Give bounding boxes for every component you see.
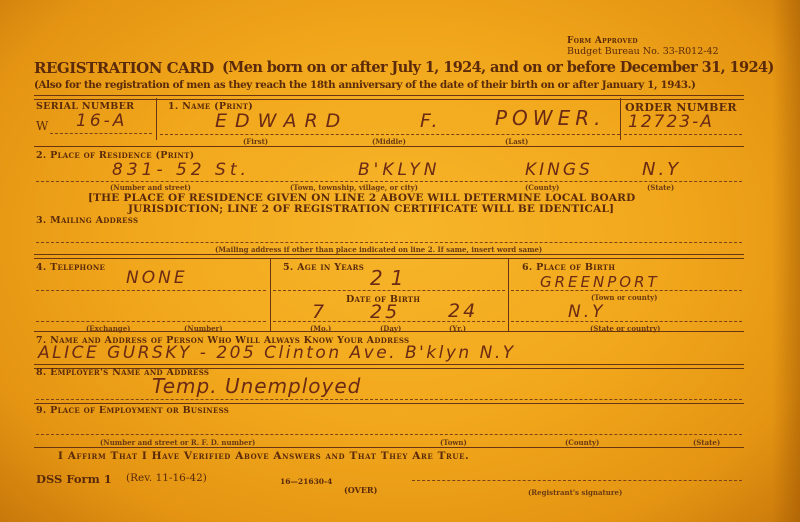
form-revision: (Rev. 11-16-42) [126, 472, 207, 484]
mailing-caption: (Mailing address if other than place ind… [215, 245, 542, 254]
row-rule [34, 254, 744, 259]
age-value[interactable]: 21 [370, 266, 411, 290]
birth-town-value[interactable]: GREENPORT [540, 273, 660, 291]
birth-month-value[interactable]: 7 [312, 301, 327, 323]
employment-county-caption: (County) [565, 438, 599, 447]
telephone-label: 4. Telephone [36, 262, 105, 273]
divider [156, 98, 157, 140]
mailing-underline [36, 242, 742, 243]
row-rule [34, 331, 744, 332]
residence-town-value[interactable]: B'KLYN [358, 160, 440, 180]
residence-underline [36, 181, 742, 182]
birth-town-underline [511, 290, 742, 291]
jurisdiction-notice-line2: JURISDICTION; LINE 2 OF REGISTRATION CER… [128, 203, 614, 215]
place-of-employment-label: 9. Place of Employment or Business [36, 405, 229, 416]
state-caption: (State) [647, 183, 674, 192]
form-approved-label: Form Approved [567, 36, 638, 46]
serial-underline [50, 133, 152, 134]
budget-bureau-number: Budget Bureau No. 33-R012-42 [567, 46, 719, 57]
form-subtitle: (Also for the registration of men as the… [34, 79, 695, 91]
over-label: (OVER) [344, 485, 377, 495]
order-underline [624, 134, 742, 135]
age-underline [273, 290, 505, 291]
age-label: 5. Age in Years [283, 262, 364, 273]
birth-state-underline [511, 321, 742, 322]
middle-initial-value[interactable]: F. [420, 110, 441, 132]
form-title: REGISTRATION CARD [34, 59, 214, 77]
first-caption: (First) [243, 137, 268, 146]
last-name-value[interactable]: POWER. [495, 106, 605, 130]
place-of-birth-label: 6. Place of Birth [522, 262, 615, 273]
street-caption: (Number and street) [110, 183, 191, 192]
county-caption: (County) [525, 183, 559, 192]
registration-card: Form Approved Budget Bureau No. 33-R012-… [0, 0, 800, 522]
employer-underline [36, 399, 742, 400]
employment-street-caption: (Number and street or R. F. D. number) [100, 438, 255, 447]
birth-state-value[interactable]: N.Y [568, 302, 606, 322]
employment-underline [36, 434, 742, 435]
residence-county-value[interactable]: KINGS [525, 160, 593, 180]
first-name-value[interactable]: EDWARD [215, 110, 348, 132]
affirmation-text: I Affirm That I Have Verified Above Answ… [58, 450, 469, 462]
middle-caption: (Middle) [372, 137, 406, 146]
employment-state-caption: (State) [693, 438, 720, 447]
order-number-value[interactable]: 12723-A [628, 112, 714, 132]
birth-day-value[interactable]: 25 [370, 301, 400, 323]
birth-year-value[interactable]: 24 [448, 300, 478, 322]
form-title-scope: (Men born on or after July 1, 1924, and … [222, 59, 774, 76]
header-rule [34, 95, 744, 100]
signature-caption: (Registrant's signature) [528, 488, 622, 497]
last-caption: (Last) [505, 137, 528, 146]
residence-state-value[interactable]: N.Y [642, 159, 681, 180]
contact-person-value[interactable]: ALICE GURSKY - 205 Clinton Ave. B'klyn N… [38, 343, 516, 363]
row-rule [34, 447, 744, 448]
employment-town-caption: (Town) [440, 438, 467, 447]
row-rule [34, 403, 744, 404]
divider [508, 259, 509, 331]
row-rule [34, 146, 744, 147]
signature-line [412, 480, 742, 481]
telephone-value[interactable]: NONE [126, 268, 188, 288]
town-caption: (Town, township, village, or city) [290, 183, 418, 192]
divider [620, 98, 621, 140]
name-underline [160, 134, 620, 135]
birth-town-caption: (Town or county) [591, 293, 657, 302]
telephone-underline-2 [36, 321, 266, 322]
employer-value[interactable]: Temp. Unemployed [152, 374, 361, 398]
form-id: DSS Form 1 [36, 472, 112, 486]
serial-number-value[interactable]: 16-A [76, 111, 127, 131]
divider [270, 259, 271, 331]
mailing-address-label: 3. Mailing Address [36, 215, 138, 226]
dob-underline [273, 321, 505, 322]
print-code: 16—21630-4 [280, 477, 332, 486]
residence-street-value[interactable]: 831- 52 St. [112, 160, 250, 180]
telephone-underline [36, 290, 266, 291]
serial-prefix: W [36, 119, 48, 133]
